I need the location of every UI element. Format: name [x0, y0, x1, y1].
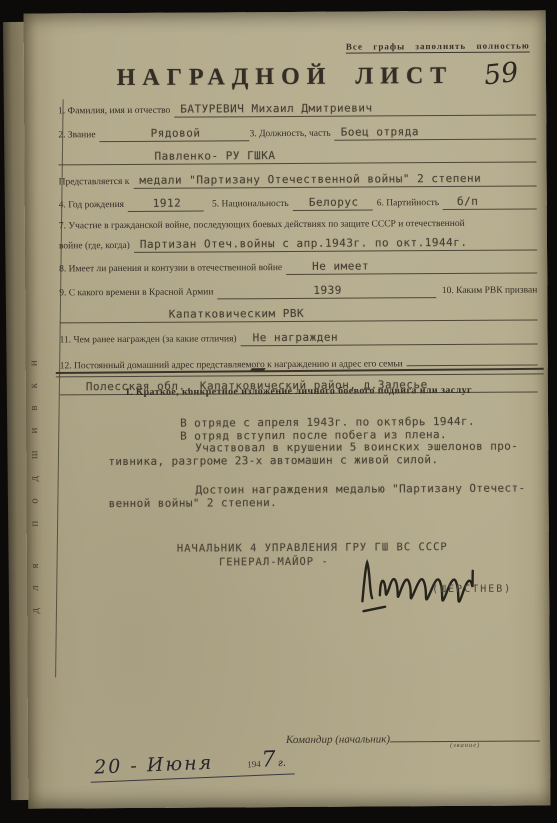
field-address-fill-line [407, 352, 538, 366]
field-army-since-value: 1939 [217, 283, 436, 299]
footer-area: Командир (начальник) (звание) 20 - Июня … [62, 710, 540, 793]
merit-typed-text: В отряде с апреля 1943г. по октябрь 1944… [60, 415, 539, 510]
date-day-month: 20 - Июня [94, 752, 214, 779]
field-prior-awards-row: 11. Чем ранее награжден (за какие отличи… [60, 329, 538, 347]
rank-hint-label: (звание) [450, 742, 480, 749]
field-award-row: Представляется к медали "Партизану Отече… [59, 171, 537, 189]
merit-line: венной войны" 2 степени. [109, 495, 539, 510]
document-title: НАГРАДНОЙ ЛИСТ [24, 62, 546, 92]
field-army-since-label: 9. С какого времени в Красной Армии [59, 287, 217, 298]
field-party-value: б/п [443, 194, 537, 210]
field-rank-label: 2. Звание [58, 130, 99, 140]
date-year-printed: 194 [213, 759, 261, 771]
field-name-row: 1. Фамилия, имя и отчество БАТУРЕВИЧ Мих… [58, 100, 536, 118]
commander-label: Командир (начальник) [286, 733, 390, 746]
field-rvk-label: 10. Каким РВК призван [436, 285, 537, 296]
field-unit-row: Павленко- РУ ГШКА [58, 147, 536, 165]
field-prior-awards-label: 11. Чем ранее награжден (за какие отличи… [60, 334, 241, 345]
field-nationality-value: Белорус [293, 195, 373, 210]
field-nationality-label: 5. Национальность [204, 199, 293, 210]
field-name-value: БАТУРЕВИЧ Михаил Дмитриевич [174, 100, 536, 117]
date-year-handwritten: 7 [261, 747, 276, 773]
field-rank-value: Рядовой [100, 126, 250, 142]
merit-line: Достоин награждения медалью "Партизану О… [195, 482, 538, 497]
award-sheet-document: для подшивки Все графы заполнять полност… [24, 10, 551, 808]
field-birthyear-value: 1912 [128, 197, 204, 212]
field-army-since-row: 9. С какого времени в Красной Армии 1939… [59, 282, 537, 300]
field-rvk-value: Капатковическим РВК [59, 305, 537, 323]
commander-signature-line: (звание) [390, 728, 540, 742]
field-unit-value: Павленко- РУ ГШКА [58, 147, 536, 165]
field-award-label: Представляется к [59, 176, 134, 186]
handwritten-date: 20 - Июня 194 7 г. [90, 746, 295, 782]
merit-section-heading: I. Краткое, конкретное изложение личного… [60, 384, 538, 398]
field-wounds-value: Не имеет [286, 258, 537, 275]
field-rvk-row: Капатковическим РВК [59, 305, 537, 323]
field-wounds-row: 8. Имеет ли ранения и контузии в отечест… [59, 258, 537, 276]
field-birthyear-label: 4. Год рождения [59, 200, 128, 210]
field-rank-position-row: 2. Звание Рядовой 3. Должность, часть Бо… [58, 124, 536, 142]
field-party-label: 6. Партийность [373, 198, 443, 208]
approver-surname: (ШЕРСТНЕВ) [432, 584, 512, 595]
field-position-value: Боец отряда [335, 124, 537, 140]
field-war-participation-label-line2: войне (где, когда) [59, 240, 134, 250]
form-fields: 1. Фамилия, имя и отчество БАТУРЕВИЧ Мих… [58, 100, 538, 403]
divider-arrow-mark [250, 368, 266, 371]
date-suffix: г. [278, 758, 287, 769]
merit-description-section: I. Краткое, конкретное изложение личного… [60, 384, 539, 510]
approver-signature-block: НАЧАЛЬНИК 4 УПРАВЛЕНИЯ ГРУ ГШ ВС СССР ГЕ… [177, 540, 548, 652]
field-wounds-label: 8. Имеет ли ранения и контузии в отечест… [59, 263, 286, 274]
field-war-participation-label-line1: 7. Участие в гражданской войне, последую… [59, 218, 537, 231]
merit-line: тивника, разгроме 23-х автомашин с живой… [108, 453, 538, 468]
field-war-participation-row: войне (где, когда) Партизан Отеч.войны с… [59, 235, 537, 253]
field-prior-awards-value: Не награжден [241, 329, 538, 346]
handwritten-page-number: 59 [482, 57, 520, 92]
field-name-label: 1. Фамилия, имя и отчество [58, 106, 174, 117]
field-position-label: 3. Должность, часть [250, 128, 335, 139]
field-war-participation-value: Партизан Отеч.войны с апр.1943г. по окт.… [134, 235, 537, 252]
fill-all-fields-note: Все графы заполнять полностью [346, 41, 530, 54]
commander-signature-row: Командир (начальник) (звание) [286, 728, 540, 746]
field-award-value: медали "Партизану Отечественной войны" 2… [133, 171, 536, 188]
field-birth-nation-party-row: 4. Год рождения 1912 5. Национальность Б… [59, 194, 537, 212]
